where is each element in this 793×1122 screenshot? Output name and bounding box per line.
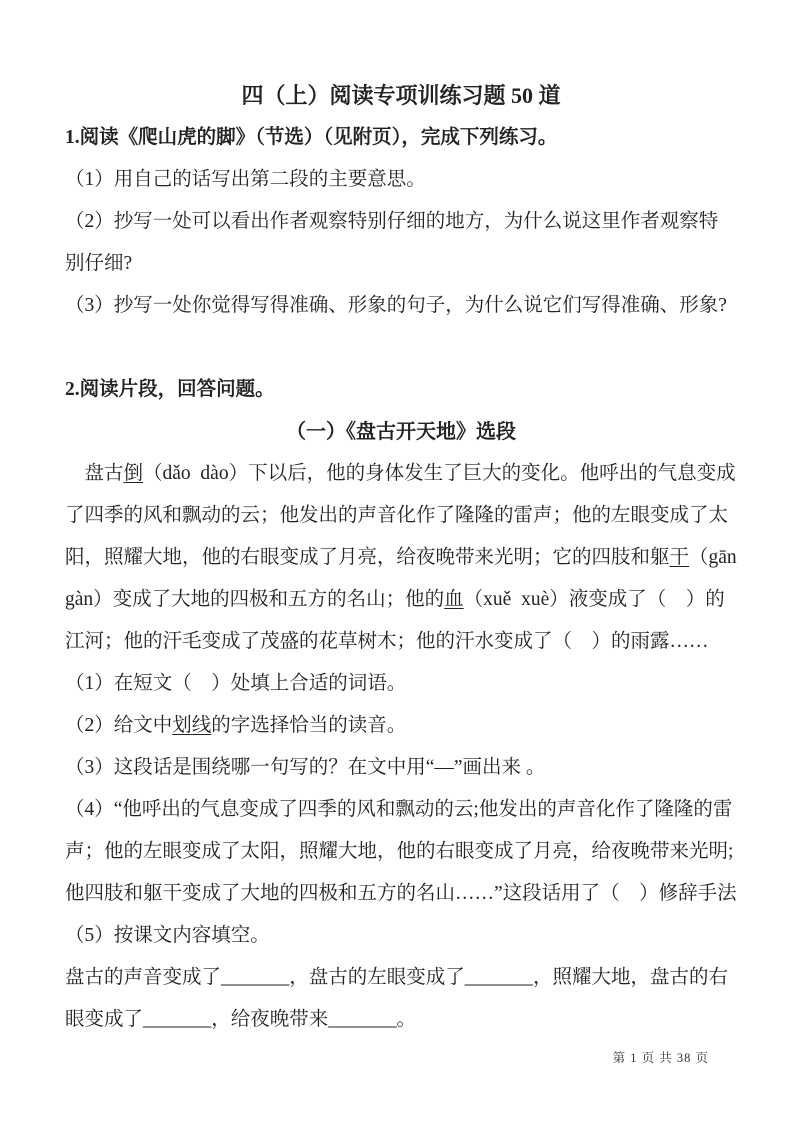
passage-text: 盘古倒（dǎo dào）下以后，他的身体发生了巨大的变化。他呼出的气息变成了四季… [65, 453, 737, 663]
underlined-char: 倒 [124, 463, 144, 484]
exercise-2-heading: 2.阅读片段，回答问题。 [65, 369, 737, 411]
document-page: 四（上）阅读专项训练习题 50 道 1.阅读《爬山虎的脚》（节选）（见附页），完… [0, 0, 793, 1122]
exercise-1-question-1: （1）用自己的话写出第二段的主要意思。 [65, 159, 737, 201]
exercise-1-heading: 1.阅读《爬山虎的脚》（节选）（见附页），完成下列练习。 [65, 117, 737, 159]
text-segment: （dǎo dào）下以后，他的身体发生了巨大的变化。他呼出的气息变成了四季的风和… [65, 463, 736, 568]
page-title: 四（上）阅读专项训练习题 50 道 [65, 75, 737, 117]
underlined-char: 干 [670, 547, 690, 568]
exercise-2-question-4: （4）“他呼出的气息变成了四季的风和飘动的云;他发出的声音化作了隆隆的雷声；他的… [65, 789, 737, 915]
underlined-char: 划线 [172, 715, 211, 736]
exercise-2-question-2: （2）给文中划线的字选择恰当的读音。 [65, 705, 737, 747]
exercise-1-question-2: （2）抄写一处可以看出作者观察特别仔细的地方，为什么说这里作者观察特别仔细? [65, 201, 737, 285]
text-segment: 盘古 [85, 463, 124, 484]
blank-line [65, 327, 737, 369]
passage-title: （一）《盘古开天地》选段 [65, 411, 737, 453]
fill-in-the-blank-line: 盘古的声音变成了_______，盘古的左眼变成了_______，照耀大地，盘古的… [65, 957, 737, 1041]
text-segment: 的字选择恰当的读音。 [211, 715, 406, 736]
exercise-1-question-3: （3）抄写一处你觉得写得准确、形象的句子，为什么说它们写得准确、形象? [65, 285, 737, 327]
text-segment: （2）给文中 [65, 715, 172, 736]
exercise-2-question-1: （1）在短文（ ）处填上合适的词语。 [65, 663, 737, 705]
exercise-2-question-5: （5）按课文内容填空。 [65, 915, 737, 957]
exercise-2-question-3: （3）这段话是围绕哪一句写的？在文中用“—”画出来 。 [65, 747, 737, 789]
underlined-char: 血 [444, 589, 464, 610]
page-number-footer: 第 1 页 共 38 页 [613, 1048, 709, 1066]
